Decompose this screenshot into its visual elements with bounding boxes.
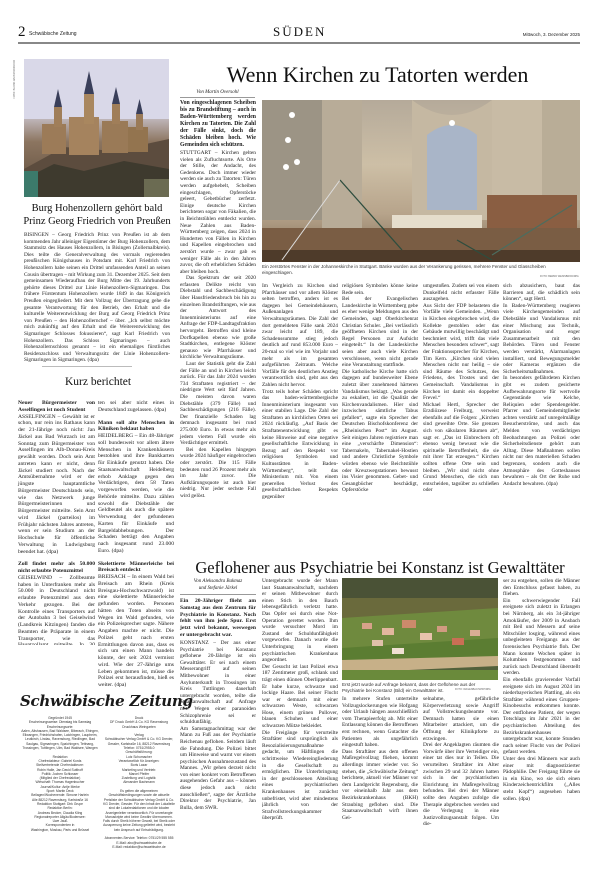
psychiatry-col3: In mehrere Stufen unterteilte Vollzugslo… [342,696,418,821]
news-brief: Neuer Bürgermeister von Asselfingen ist … [18,400,95,645]
paragraph: Das Spektrum der seit 2020 erfassten Del… [180,275,256,361]
paragraph: Bei den Kapellen hingegen wurde 2024 häu… [180,447,256,500]
psychiatry-lead: Ein 20-Jähriger flieht am Samstag aus de… [180,598,256,639]
castle-illustration [24,59,169,197]
church-col2: Im Vergleich zu Kirchen sind Pfarrhäuser… [262,283,338,501]
kurz-berichtet-title: Kurz berichtet [65,376,131,388]
brief-body: HEIDELBERG – Ein 48-Jähriger soll bundes… [98,433,174,555]
church-photo-credit: FOTO: BERND WEISSBROD/DPA [540,275,579,278]
brief-body: ASSELFINGEN – Gewählt ist er schon, nur … [18,414,95,556]
imprint-left: Gegründet 1945 Erscheinungsweise: Dienst… [20,716,100,832]
page-date: Mittwoch, 3. Dezember 2025 [523,32,580,37]
brief-headline: Mann soll alte Menschen in Kliniken bekl… [98,420,174,434]
church-photo [262,100,580,262]
castle-photo-credit: FOTO: BERND WEISSBROD/DPA [13,60,16,99]
church-byline-rule [180,97,255,98]
psychiatry-photo-credit: FOTO: WAGENBACH/ZFP/DPA [455,688,491,691]
newspaper-logo: Schwäbische Zeitung [20,692,193,710]
castle-photo [24,59,169,197]
psychiatry-photo [342,578,498,680]
brief-body-continued: ten sei aber nicht eines in Deutschland … [98,400,174,414]
church-lead: Von eingeschlagenen Scheiben bis zu Bran… [180,100,256,149]
castle-headline: Burg Hohenzollern gehört bald Prinz Geor… [22,202,172,228]
church-interior-illustration [262,100,580,262]
church-photo-caption: Ein zerstörtes Fenster in der Johanneski… [262,264,552,275]
brief-body: GEISELWIND – Zollbeamte haben in Unterfr… [18,575,95,645]
paper-name: Schwäbische Zeitung [29,31,77,37]
psychiatry-byline: Von Aleksandra Bakmaz und Stefanie Järke… [180,578,256,592]
psychiatry-headline: Geflohener aus Psychiatrie bei Konstanz … [180,558,580,578]
brief-body: BREISACH – In einem Wald bei Breisach am… [98,574,174,689]
psychiatry-col5: ser zu entgehen, sollen die Männer den E… [503,578,580,802]
church-col3: religiösen Symbolen könne keine Rede sei… [342,283,418,494]
brief-headline: Neuer Bürgermeister von Asselfingen ist … [18,400,95,414]
paragraph: STUTTGART – Kirchen gelten vielen als Zu… [180,150,256,275]
header-rule [18,42,580,44]
psychiatry-col4: selnahme, gefährliche Körperverletzung s… [423,696,499,828]
section-title: SÜDEN [273,24,326,40]
imprint-right: Druck DF Druck GmbH & Co. KG Ravensburg … [103,716,175,849]
castle-body: BISINGEN – Georg Friedrich Prinz von Pre… [24,232,170,364]
psychiatry-col2: Untergebracht wurde der Mann laut Staats… [262,578,338,828]
page-number: 2 [18,24,26,41]
news-brief: ten sei aber nicht eines in Deutschland … [98,400,174,689]
psychiatry-col1: KONSTANZ – Der aus einer Psychiatrie bei… [180,640,256,811]
church-col5: sich abzusichern, baut das Barrieren auf… [503,283,580,487]
church-col4: umgestoßen. Zudem sei von einem Dunkelfe… [423,283,499,494]
brief-headline: Skelettierte Männerleiche bei Breisach e… [98,561,174,575]
psychiatry-byline-rule [180,594,256,595]
paragraph: Laut der Statistik geht die Zahl der Fäl… [180,361,256,447]
castle-end-rule [42,366,132,367]
church-byline: Von Martin Oversohl [180,90,255,95]
church-col1: STUTTGART – Kirchen gelten vielen als Zu… [180,150,256,499]
page-header: 2 Schwäbische Zeitung SÜDEN Mittwoch, 3.… [18,22,580,44]
brief-headline: Zoll findet mehr als 50.000 nicht erlaub… [18,561,95,575]
aerial-village-illustration [342,578,498,680]
church-headline: Wenn Kirchen zu Tatorten werden [175,62,580,88]
